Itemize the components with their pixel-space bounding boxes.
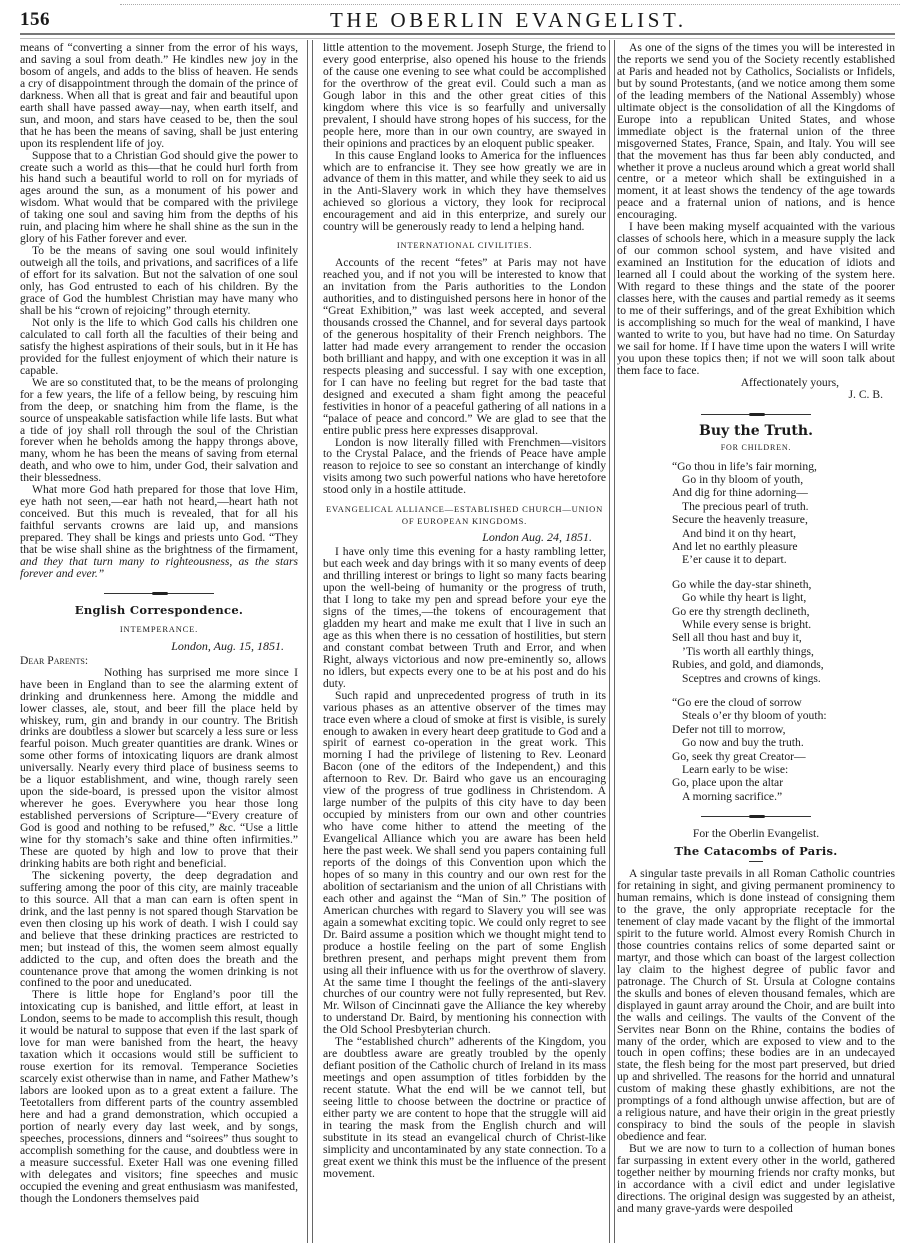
article-paragraph: A singular taste prevails in all Roman C… bbox=[617, 868, 895, 1143]
article-paragraph: To be the means of saving one soul would… bbox=[20, 245, 298, 317]
article-title: The Catacombs of Paris. bbox=[617, 846, 895, 858]
section-heading: English Correspondence. bbox=[20, 605, 298, 617]
poem-line: ’Tis worth all earthly things, bbox=[672, 645, 895, 658]
short-rule bbox=[749, 861, 763, 862]
article-paragraph: But we are now to turn to a collection o… bbox=[617, 1143, 895, 1215]
closing: Affectionately yours, bbox=[617, 377, 839, 389]
poem-line: Go now and buy the truth. bbox=[672, 736, 895, 749]
letter-paragraph: As one of the signs of the times you wil… bbox=[617, 42, 895, 221]
subsection-heading: INTERNATIONAL CIVILITIES. bbox=[323, 240, 606, 252]
column-divider bbox=[307, 40, 313, 1243]
poem-line: Go while the day-star shineth, bbox=[672, 578, 895, 591]
letter-paragraph: The sickening poverty, the deep degradat… bbox=[20, 870, 298, 990]
poem-line: “Go ere the cloud of sorrow bbox=[672, 696, 895, 709]
letter-paragraph: There is little hope for England’s poor … bbox=[20, 989, 298, 1204]
letter-paragraph: little attention to the movement. Joseph… bbox=[323, 42, 606, 150]
article-paragraph: means of “converting a sinner from the e… bbox=[20, 42, 298, 150]
poem-line: The precious pearl of truth. bbox=[672, 500, 895, 513]
letter-paragraph: Nothing has surprised me more since I ha… bbox=[20, 667, 298, 870]
column-3: As one of the signs of the times you wil… bbox=[617, 42, 895, 1215]
subsection-heading: INTEMPERANCE. bbox=[20, 624, 298, 636]
poem-line: Sceptres and crowns of kings. bbox=[672, 672, 895, 685]
article-paragraph: Not only is the life to which God calls … bbox=[20, 317, 298, 377]
poem-line: Sell all thou hast and buy it, bbox=[672, 631, 895, 644]
poem-stanza: “Go ere the cloud of sorrow Steals o’er … bbox=[672, 696, 895, 803]
poem-line: E’er cause it to depart. bbox=[672, 553, 895, 566]
poem-line: Steals o’er thy bloom of youth: bbox=[672, 709, 895, 722]
poem-line: And bind it on thy heart, bbox=[672, 527, 895, 540]
poem-line: Go ere thy strength declineth, bbox=[672, 605, 895, 618]
letter-paragraph: In this cause England looks to America f… bbox=[323, 150, 606, 234]
masthead-rule bbox=[20, 33, 895, 39]
poem-line: Go in thy bloom of youth, bbox=[672, 473, 895, 486]
ornament-divider bbox=[701, 815, 811, 818]
letter-paragraph: Such rapid and unprecedented progress of… bbox=[323, 690, 606, 1037]
italic-quote: and they that turn many to righteousness… bbox=[20, 555, 298, 580]
poem-line: And let no earthly pleasure bbox=[672, 540, 895, 553]
ornament-divider bbox=[104, 592, 214, 595]
letter-paragraph: London is now literally filled with Fren… bbox=[323, 437, 606, 497]
letter-paragraph: I have been making myself acquainted wit… bbox=[617, 221, 895, 376]
poem-line: While every sense is bright. bbox=[672, 618, 895, 631]
dateline: London, Aug. 15, 1851. bbox=[20, 641, 284, 653]
poem-subtitle: FOR CHILDREN. bbox=[617, 442, 895, 454]
subsection-heading: EVANGELICAL ALLIANCE—ESTABLISHED CHURCH—… bbox=[323, 503, 606, 527]
poem-line: Secure the heavenly treasure, bbox=[672, 513, 895, 526]
column-2: little attention to the movement. Joseph… bbox=[323, 42, 606, 1180]
article-paragraph: We are so constituted that, to be the me… bbox=[20, 377, 298, 485]
poem-stanza: Go while the day-star shineth, Go while … bbox=[672, 578, 895, 685]
page-number: 156 bbox=[20, 9, 50, 31]
newspaper-title: THE OBERLIN EVANGELIST. bbox=[330, 8, 687, 33]
column-divider bbox=[609, 40, 615, 1243]
poem-line: “Go thou in life’s fair morning, bbox=[672, 460, 895, 473]
poem-line: A morning sacrifice.” bbox=[672, 790, 895, 803]
ornament-divider bbox=[701, 413, 811, 416]
letter-paragraph: Accounts of the recent “fetes” at Paris … bbox=[323, 257, 606, 436]
letter-paragraph: I have only time this evening for a hast… bbox=[323, 546, 606, 689]
top-rule bbox=[120, 4, 900, 5]
poem-line: Rubies, and gold, and diamonds, bbox=[672, 658, 895, 671]
poem-line: Defer not till to morrow, bbox=[672, 723, 895, 736]
dateline: London Aug. 24, 1851. bbox=[323, 532, 592, 544]
poem-line: And dig for thine adorning— bbox=[672, 486, 895, 499]
attribution-line: For the Oberlin Evangelist. bbox=[617, 828, 895, 840]
poem-line: Go, seek thy great Creator— bbox=[672, 750, 895, 763]
poem-line: Go, place upon the altar bbox=[672, 776, 895, 789]
column-1: means of “converting a sinner from the e… bbox=[20, 42, 298, 1205]
masthead: 156 THE OBERLIN EVANGELIST. bbox=[0, 0, 900, 40]
article-paragraph: Suppose that to a Christian God should g… bbox=[20, 150, 298, 246]
paragraph-text: What more God hath prepared for those th… bbox=[20, 483, 298, 556]
salutation: Dear Parents: bbox=[20, 655, 298, 667]
letter-paragraph: The “established church” adherents of th… bbox=[323, 1036, 606, 1179]
poem-line: Learn early to be wise: bbox=[672, 763, 895, 776]
signature: J. C. B. bbox=[617, 389, 883, 401]
article-paragraph: What more God hath prepared for those th… bbox=[20, 484, 298, 580]
poem-title: Buy the Truth. bbox=[617, 426, 895, 438]
poem-stanza: “Go thou in life’s fair morning, Go in t… bbox=[672, 460, 895, 567]
poem-line: Go while thy heart is light, bbox=[672, 591, 895, 604]
